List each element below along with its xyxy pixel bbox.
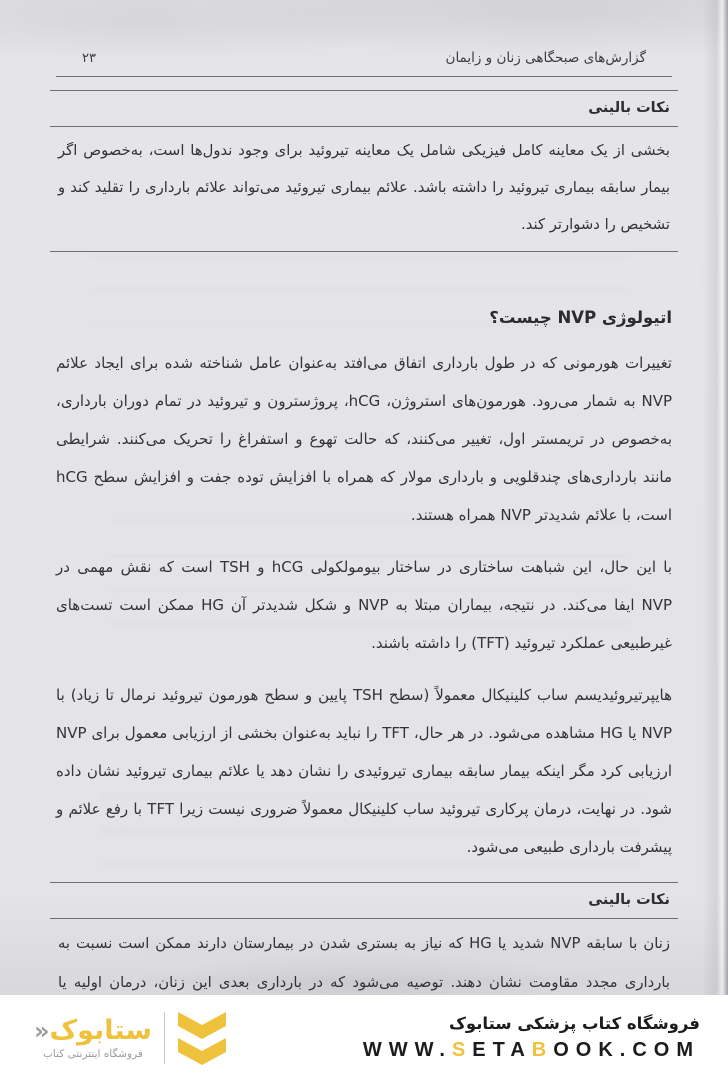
clinical-notes-label: نکات بالینی	[50, 883, 678, 919]
logo-wordmark-text: ستابوک	[50, 1015, 152, 1046]
store-website: WWW.SETABOOK.COM	[363, 1039, 700, 1062]
logo-tagline: فروشگاه اینترنتی کتاب	[43, 1048, 143, 1060]
running-head: گزارش‌های صبحگاهی زنان و زایمان ۲۳	[56, 50, 672, 77]
logo-wordmark: ستابوک«	[34, 1016, 152, 1046]
logo-guillemet-glyph: «	[34, 1017, 50, 1045]
clinical-notes-label: نکات بالینی	[50, 91, 678, 127]
logo-divider	[164, 1012, 165, 1064]
clinical-notes-text: بخشی از یک معاینه کامل فیزیکی شامل یک مع…	[50, 127, 678, 251]
body-paragraph: هایپرتیروئیدیسم ساب کلینیکال معمولاً (سط…	[56, 676, 672, 866]
store-name: فروشگاه کتاب پزشکی ستابوک	[449, 1014, 700, 1033]
bookstore-footer: ستابوک« فروشگاه اینترنتی کتاب فروشگاه کت…	[0, 995, 728, 1080]
body-paragraph: تغییرات هورمونی که در طول بارداری اتفاق …	[56, 344, 672, 534]
clinical-notes-box-1: نکات بالینی بخشی از یک معاینه کامل فیزیک…	[50, 90, 678, 252]
clinical-notes-box-2: نکات بالینی زنان با سابقه NVP شدید یا HG…	[50, 882, 678, 995]
chapter-title: گزارش‌های صبحگاهی زنان و زایمان	[446, 50, 646, 66]
page-number: ۲۳	[82, 51, 96, 66]
scanned-book-page: گزارش‌های صبحگاهی زنان و زایمان ۲۳ نکات …	[0, 0, 728, 995]
clinical-notes-text: زنان با سابقه NVP شدید یا HG که نیاز به …	[50, 919, 678, 995]
page-content: گزارش‌های صبحگاهی زنان و زایمان ۲۳ نکات …	[0, 0, 728, 995]
double-chevron-icon	[177, 1008, 227, 1068]
section-heading: اتیولوژی NVP چیست؟	[56, 308, 672, 327]
body-paragraph: با این حال، این شباهت ساختاری در ساختار …	[56, 548, 672, 662]
setabook-logo: ستابوک« فروشگاه اینترنتی کتاب	[34, 1008, 227, 1068]
footer-store-info: فروشگاه کتاب پزشکی ستابوک WWW.SETABOOK.C…	[363, 1014, 700, 1062]
logo-text-block: ستابوک« فروشگاه اینترنتی کتاب	[34, 1016, 152, 1060]
